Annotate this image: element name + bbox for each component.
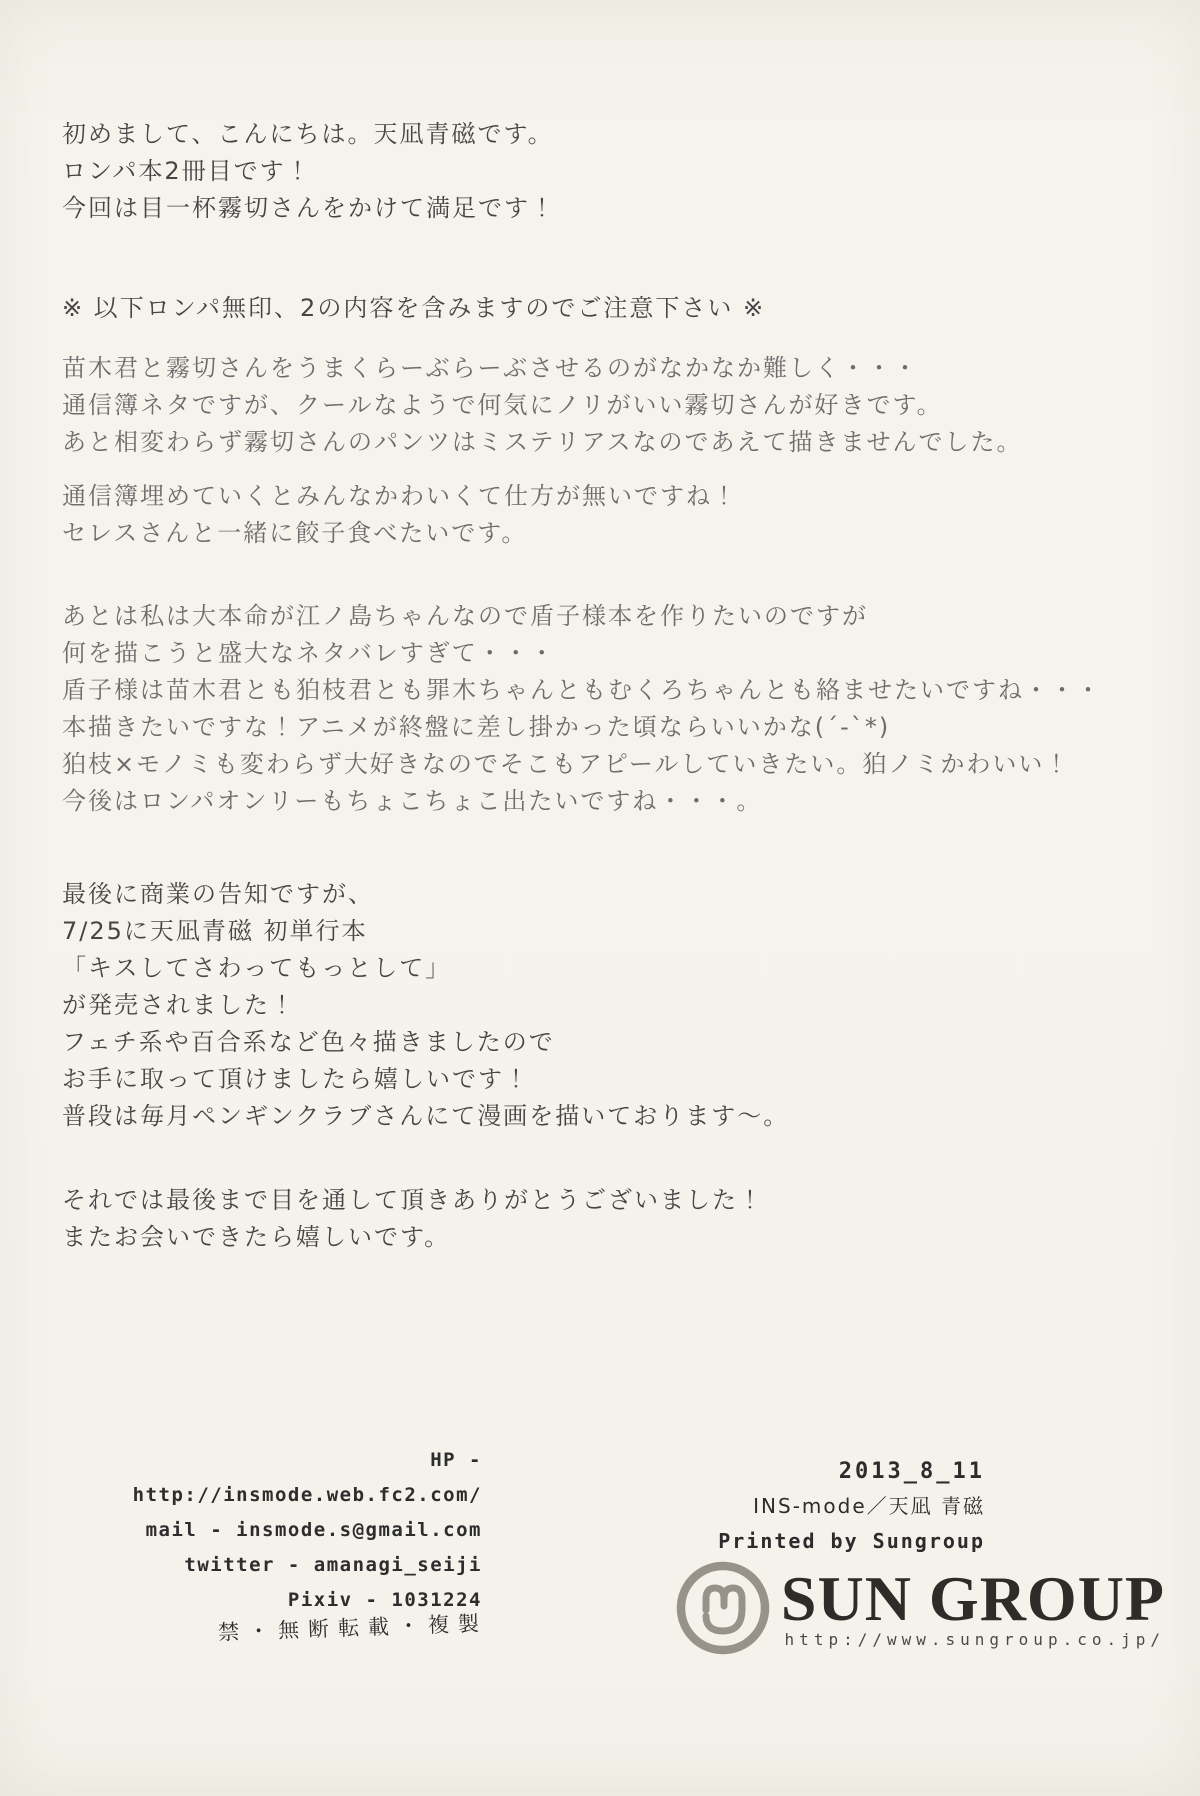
kirigiri-notes-paragraph: 苗木君と霧切さんをうまくらーぶらーぶさせるのがなかなか難しく・・・ 通信簿ネタで… (62, 350, 1023, 461)
sun-group-name-block: SUN GROUP http://www.sungroup.co.jp/ (781, 1568, 1165, 1649)
printer-name: SUN GROUP (781, 1568, 1165, 1630)
report-card-notes-paragraph: 通信簿埋めていくとみんなかわいくて仕方が無いですね！ セレスさんと一緒に餃子食べ… (62, 478, 738, 552)
commercial-announcement-paragraph: 最後に商業の告知ですが、 7/25に天凪青磁 初単行本 「キスしてさわってもっと… (62, 876, 789, 1135)
contact-links: HP - http://insmode.web.fc2.com/ mail - … (70, 1443, 482, 1618)
spoiler-notice: ※ 以下ロンパ無印、2の内容を含みますのでご注意下さい ※ (62, 290, 765, 327)
junko-notes-paragraph: あとは私は大本命が江ノ島ちゃんなので盾子様本を作りたいのですが 何を描こうと盛大… (62, 598, 1102, 820)
afterword-page: 初めまして、こんにちは。天凪青磁です。 ロンパ本2冊目です！ 今回は目一杯霧切さ… (0, 0, 1200, 1796)
intro-paragraph: 初めまして、こんにちは。天凪青磁です。 ロンパ本2冊目です！ 今回は目一杯霧切さ… (62, 116, 556, 227)
printed-by-credit: Printed by Sungroup (718, 1524, 985, 1559)
printer-url: http://www.sungroup.co.jp/ (785, 1630, 1165, 1649)
publication-date: 2013_8_11 (718, 1455, 985, 1489)
closing-paragraph: それでは最後まで目を通して頂きありがとうございました！ またお会いできたら嬉しい… (62, 1182, 764, 1256)
sun-group-logo-icon (673, 1558, 773, 1658)
credits-block: 2013_8_11 INS-mode／天凪 青磁 Printed by Sung… (718, 1455, 985, 1559)
sun-group-logo: SUN GROUP http://www.sungroup.co.jp/ (673, 1558, 1165, 1658)
circle-credit: INS-mode／天凪 青磁 (718, 1489, 985, 1524)
